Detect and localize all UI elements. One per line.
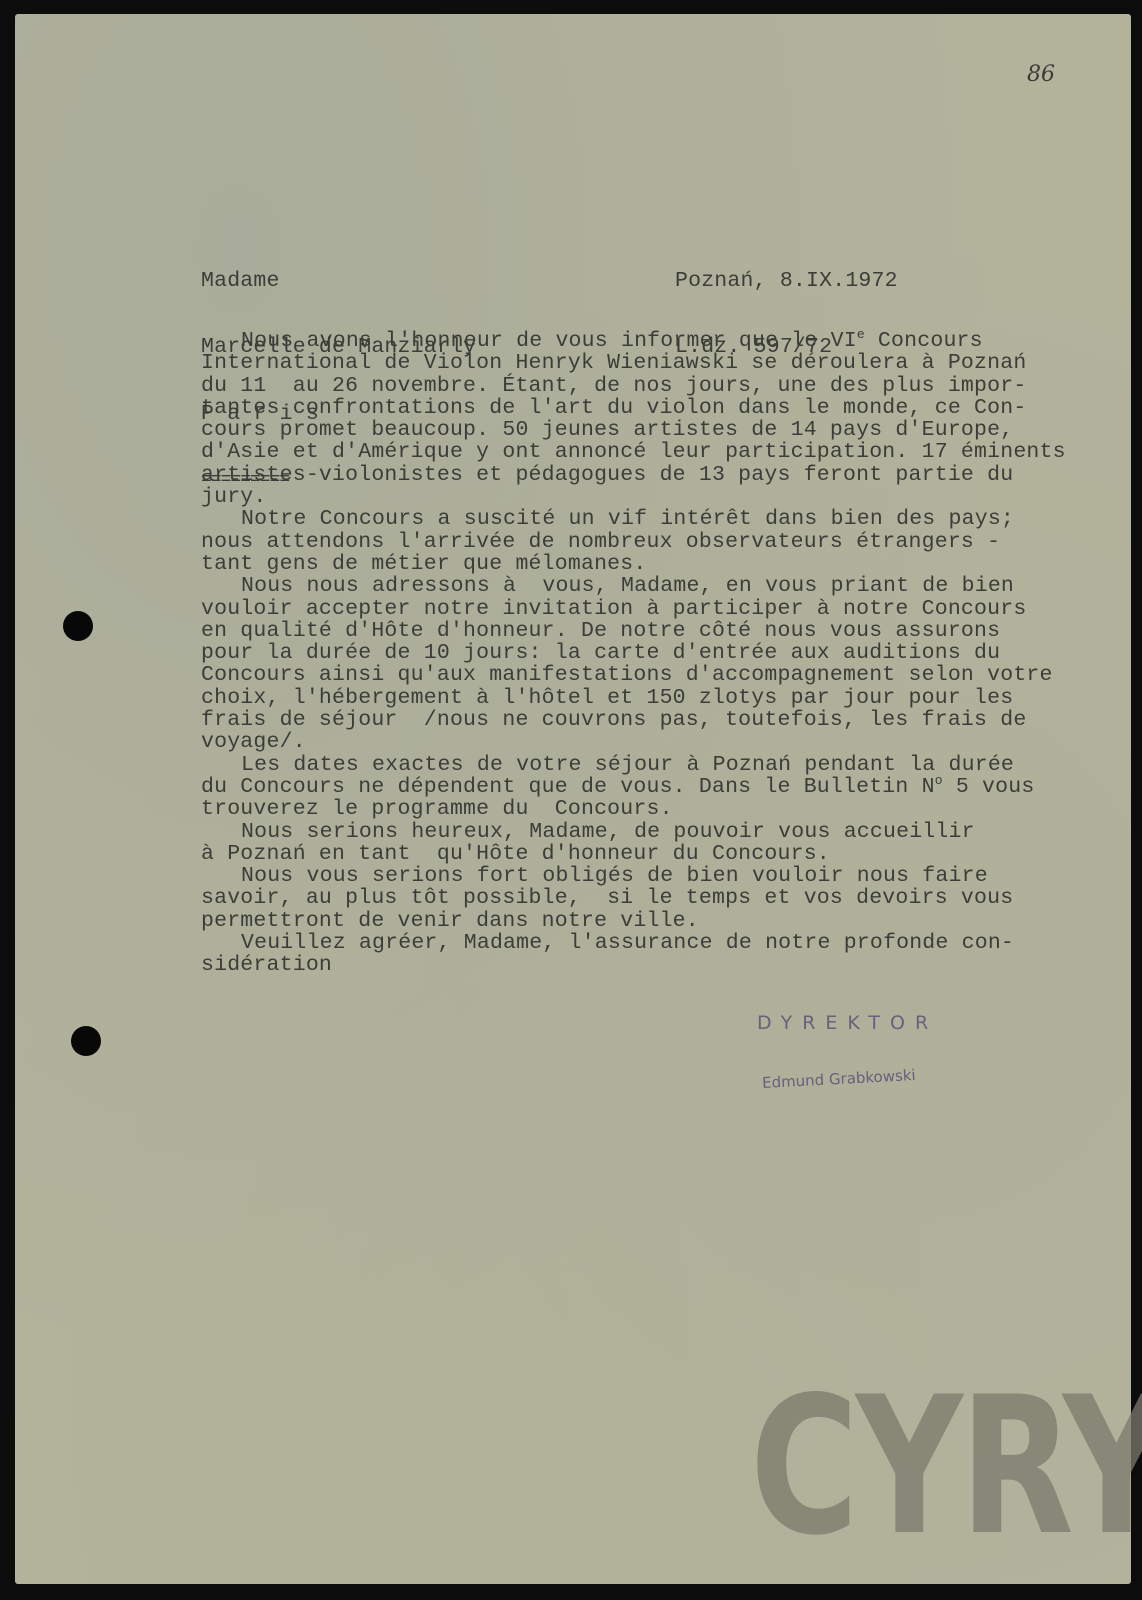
punch-hole [63, 611, 93, 641]
letter-line-text: International de Violon Henryk Wieniawsk… [201, 351, 1026, 375]
letter-line-text: voyage/. [201, 730, 306, 754]
letter-line: tantes confrontations de l'art du violon… [201, 397, 1066, 419]
director-stamp: DYREKTOR [757, 1012, 938, 1034]
letter-line: sidération [201, 954, 1066, 976]
letter-line: Nous vous serions fort obligés de bien v… [201, 865, 1066, 887]
letter-line: Nous serions heureux, Madame, de pouvoir… [201, 821, 1066, 843]
letter-line: permettront de venir dans notre ville. [201, 910, 1066, 932]
letter-line: nous attendons l'arrivée de nombreux obs… [201, 531, 1066, 553]
letter-line-text: Nous vous serions fort obligés de bien v… [241, 864, 988, 888]
page-number: 86 [1027, 62, 1055, 87]
letter-line: en qualité d'Hôte d'honneur. De notre cô… [201, 620, 1066, 642]
letter-line: Notre Concours a suscité un vif intérêt … [201, 508, 1066, 530]
letter-line: d'Asie et d'Amérique y ont annoncé leur … [201, 441, 1066, 463]
letter-line-text: sidération [201, 953, 332, 977]
letter-line-text: Notre Concours a suscité un vif intérêt … [241, 507, 1014, 531]
letter-line: International de Violon Henryk Wieniawsk… [201, 352, 1066, 374]
letter-line: tant gens de métier que mélomanes. [201, 553, 1066, 575]
letter-line: Nous nous adressons à vous, Madame, en v… [201, 575, 1066, 597]
letter-body: Nous avons l'honneur de vous informer qu… [201, 330, 1066, 977]
letter-line: vouloir accepter notre invitation à part… [201, 598, 1066, 620]
letter-line: du Concours ne dépendent que de vous. Da… [201, 776, 1066, 798]
letter-line-text: Nous avons l'honneur de vous informer qu… [241, 329, 857, 353]
letter-line-text: jury. [201, 485, 267, 509]
letter-line-text: cours promet beaucoup. 50 jeunes artiste… [201, 418, 1013, 442]
letter-line: choix, l'hébergement à l'hôtel et 150 zl… [201, 687, 1066, 709]
letter-line-text: permettront de venir dans notre ville. [201, 909, 699, 933]
letter-line-text: vouloir accepter notre invitation à part… [201, 597, 1026, 621]
letter-line-text: trouverez le programme du Concours. [201, 797, 673, 821]
letter-line-text: du Concours ne dépendent que de vous. Da… [201, 775, 935, 799]
place-date: Poznań, 8.IX.1972 [675, 270, 898, 292]
letter-line: artistes-violonistes et pédagogues de 13… [201, 464, 1066, 486]
letter-line-text: pour la durée de 10 jours: la carte d'en… [201, 641, 1000, 665]
letter-line: jury. [201, 486, 1066, 508]
letter-line: à Poznań en tant qu'Hôte d'honneur du Co… [201, 843, 1066, 865]
letter-line: Nous avons l'honneur de vous informer qu… [201, 330, 1066, 352]
letter-line: Veuillez agréer, Madame, l'assurance de … [201, 932, 1066, 954]
letter-line-text: tant gens de métier que mélomanes. [201, 552, 646, 576]
letter-line-text: Veuillez agréer, Madame, l'assurance de … [241, 931, 1014, 955]
letter-line-text: savoir, au plus tôt possible, si le temp… [201, 886, 1013, 910]
letter-line-text: Nous serions heureux, Madame, de pouvoir… [241, 820, 975, 844]
letter-line-text: nous attendons l'arrivée de nombreux obs… [201, 530, 1000, 554]
letter-line-text: Nous nous adressons à vous, Madame, en v… [241, 574, 1014, 598]
letter-line-text: du 11 au 26 novembre. Étant, de nos jour… [201, 374, 1026, 398]
recipient-salutation: Madame [201, 270, 476, 292]
superscript: o [935, 773, 943, 788]
letter-line-text: en qualité d'Hôte d'honneur. De notre cô… [201, 619, 1000, 643]
letter-line: cours promet beaucoup. 50 jeunes artiste… [201, 419, 1066, 441]
letter-line: voyage/. [201, 731, 1066, 753]
letter-line: frais de séjour /nous ne couvrons pas, t… [201, 709, 1066, 731]
letter-line-text: Concours ainsi qu'aux manifestations d'a… [201, 663, 1053, 687]
letter-line-text: choix, l'hébergement à l'hôtel et 150 zl… [201, 686, 1013, 710]
letter-line-text: Les dates exactes de votre séjour à Pozn… [241, 753, 1014, 777]
letter-line-text: à Poznań en tant qu'Hôte d'honneur du Co… [201, 842, 830, 866]
letter-line: trouverez le programme du Concours. [201, 798, 1066, 820]
letter-line-text: frais de séjour /nous ne couvrons pas, t… [201, 708, 1026, 732]
letter-line: du 11 au 26 novembre. Étant, de nos jour… [201, 375, 1066, 397]
letter-line-text: d'Asie et d'Amérique y ont annoncé leur … [201, 440, 1066, 464]
superscript: e [857, 327, 865, 342]
letter-line: savoir, au plus tôt possible, si le temp… [201, 887, 1066, 909]
letter-line-text: tantes confrontations de l'art du violon… [201, 396, 1026, 420]
letter-line-text: artistes-violonistes et pédagogues de 13… [201, 463, 1013, 487]
letter-line-text: Concours [865, 329, 983, 353]
punch-hole [71, 1026, 101, 1056]
archive-watermark: CYRYL [750, 1382, 1142, 1552]
letter-line: pour la durée de 10 jours: la carte d'en… [201, 642, 1066, 664]
letter-line: Concours ainsi qu'aux manifestations d'a… [201, 664, 1066, 686]
letter-line-text: 5 vous [943, 775, 1035, 799]
